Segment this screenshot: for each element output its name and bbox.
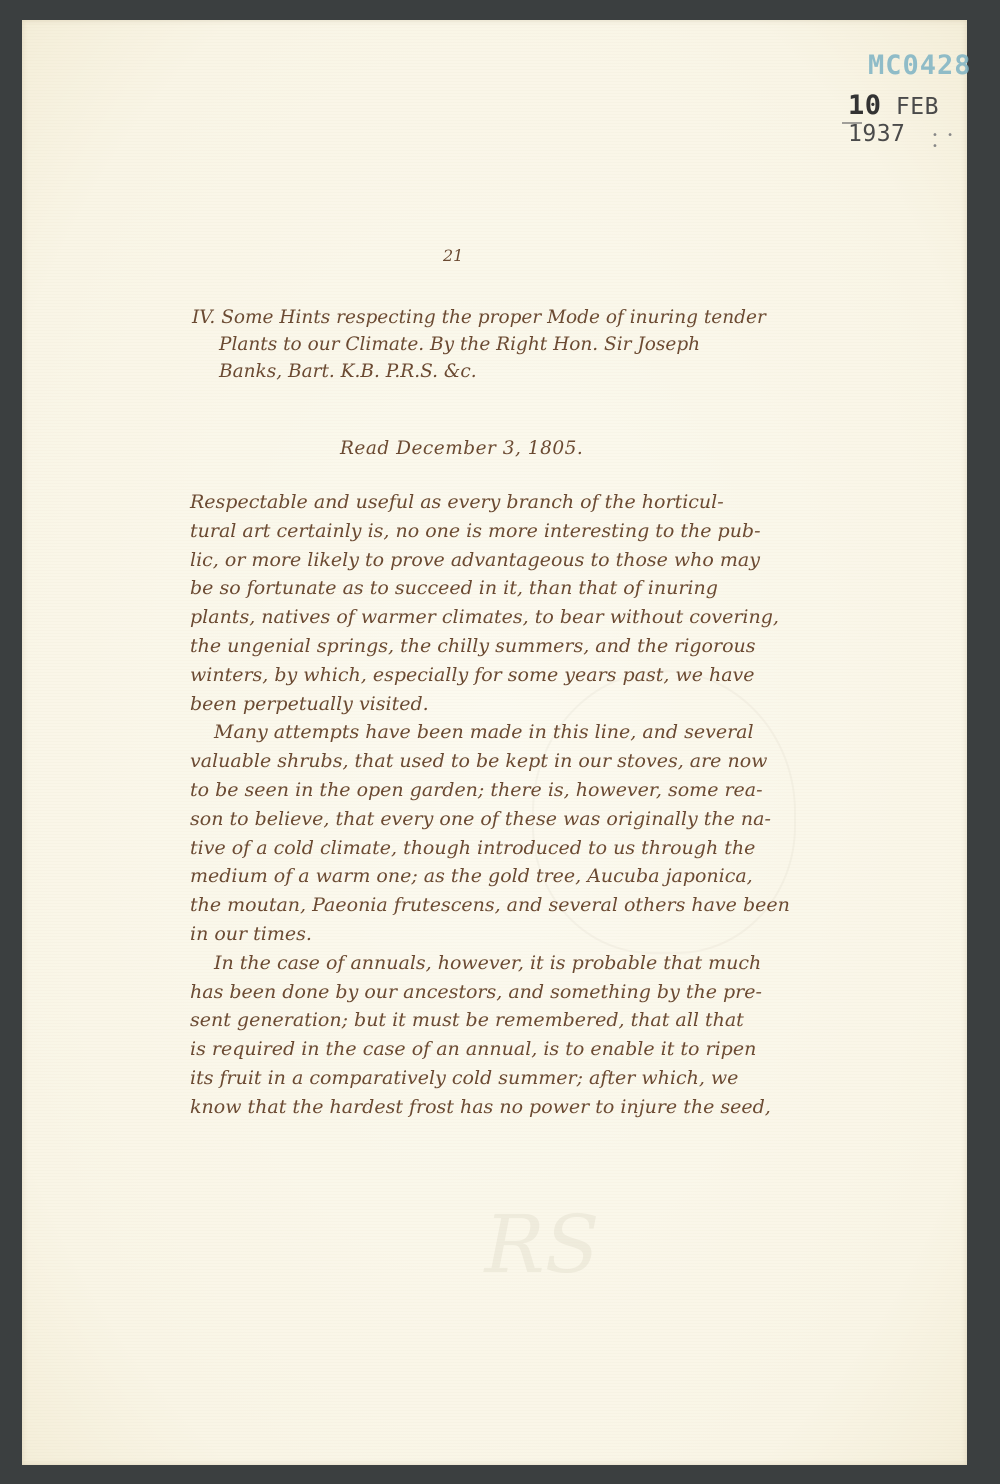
read-date: Read December 3, 1805. [340, 438, 583, 459]
text-line: Respectable and useful as every branch o… [190, 488, 770, 517]
paper-watermark-monogram: RS [477, 1180, 607, 1310]
text-line: is required in the case of an annual, is… [190, 1035, 770, 1064]
text-line: son to believe, that every one of these … [190, 805, 770, 834]
title-line: IV. Some Hints respecting the proper Mod… [192, 304, 752, 331]
text-line: the ungenial springs, the chilly summers… [190, 632, 770, 661]
paragraph-2: Many attempts have been made in this lin… [190, 718, 770, 948]
body-text: Respectable and useful as every branch o… [190, 488, 770, 1122]
text-line: medium of a warm one; as the gold tree, … [190, 862, 770, 891]
text-line: lic, or more likely to prove advantageou… [190, 546, 770, 575]
paragraph-1: Respectable and useful as every branch o… [190, 488, 770, 718]
text-line: Many attempts have been made in this lin… [190, 718, 770, 747]
text-line: been perpetually visited. [190, 690, 770, 719]
manuscript-page: MC0428 10 FEB 1937 • • • 21 IV. Some Hin… [22, 20, 967, 1465]
text-line: valuable shrubs, that used to be kept in… [190, 747, 770, 776]
text-line: winters, by which, especially for some y… [190, 661, 770, 690]
text-line: tural art certainly is, no one is more i… [190, 517, 770, 546]
text-line: in our times. [190, 920, 770, 949]
text-line: know that the hardest frost has no power… [190, 1093, 770, 1122]
text-line: tive of a cold climate, though introduce… [190, 834, 770, 863]
text-line: to be seen in the open garden; there is,… [190, 776, 770, 805]
text-line: plants, natives of warmer climates, to b… [190, 603, 770, 632]
stamp-dots: • • • [932, 130, 967, 152]
title-line: Banks, Bart. K.B. P.R.S. &c. [192, 358, 752, 385]
text-line: sent generation; but it must be remember… [190, 1006, 770, 1035]
stamp-underline [842, 122, 862, 124]
text-line: the moutan, Paeonia frutescens, and seve… [190, 891, 770, 920]
accession-stamp: MC0428 [868, 50, 972, 81]
paper-title: IV. Some Hints respecting the proper Mod… [192, 304, 752, 385]
text-line: has been done by our ancestors, and some… [190, 978, 770, 1007]
text-line: be so fortunate as to succeed in it, tha… [190, 574, 770, 603]
page-number: 21 [443, 246, 463, 265]
paragraph-3: In the case of annuals, however, it is p… [190, 949, 770, 1122]
text-line: its fruit in a comparatively cold summer… [190, 1064, 770, 1093]
date-stamp-day: 10 [848, 90, 882, 121]
title-line: Plants to our Climate. By the Right Hon.… [192, 331, 752, 358]
text-line: In the case of annuals, however, it is p… [190, 949, 770, 978]
